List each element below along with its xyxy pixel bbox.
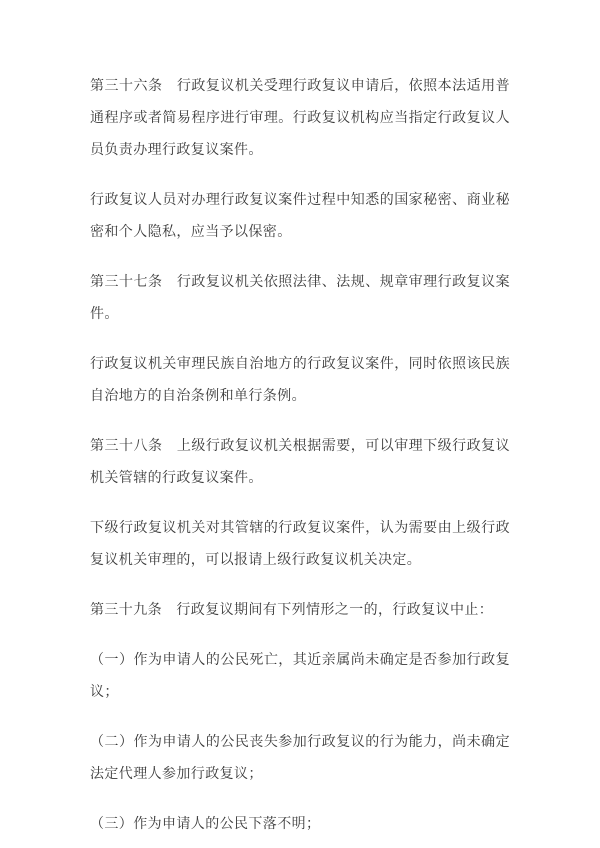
paragraph-article-37: 第三十七条 行政复议机关依照法律、法规、规章审理行政复议案件。 xyxy=(90,267,510,331)
list-item-1: （一）作为申请人的公民死亡，其近亲属尚未确定是否参加行政复议； xyxy=(90,645,510,709)
paragraph-article-38: 第三十八条 上级行政复议机关根据需要，可以审理下级行政复议机关管辖的行政复议案件… xyxy=(90,431,510,495)
paragraph-confidentiality: 行政复议人员对办理行政复议案件过程中知悉的国家秘密、商业秘密和个人隐私，应当予以… xyxy=(90,185,510,249)
paragraph-autonomous-regions: 行政复议机关审理民族自治地方的行政复议案件，同时依照该民族自治地方的自治条例和单… xyxy=(90,349,510,413)
paragraph-article-36: 第三十六条 行政复议机关受理行政复议申请后，依照本法适用普通程序或者简易程序进行… xyxy=(90,71,510,167)
paragraph-lower-organ-referral: 下级行政复议机关对其管辖的行政复议案件，认为需要由上级行政复议机关审理的，可以报… xyxy=(90,513,510,577)
legal-document-page: 第三十六条 行政复议机关受理行政复议申请后，依照本法适用普通程序或者简易程序进行… xyxy=(0,0,600,848)
paragraph-article-39: 第三十九条 行政复议期间有下列情形之一的，行政复议中止： xyxy=(90,595,510,627)
list-item-3: （三）作为申请人的公民下落不明； xyxy=(90,809,510,841)
list-item-2: （二）作为申请人的公民丧失参加行政复议的行为能力，尚未确定法定代理人参加行政复议… xyxy=(90,727,510,791)
